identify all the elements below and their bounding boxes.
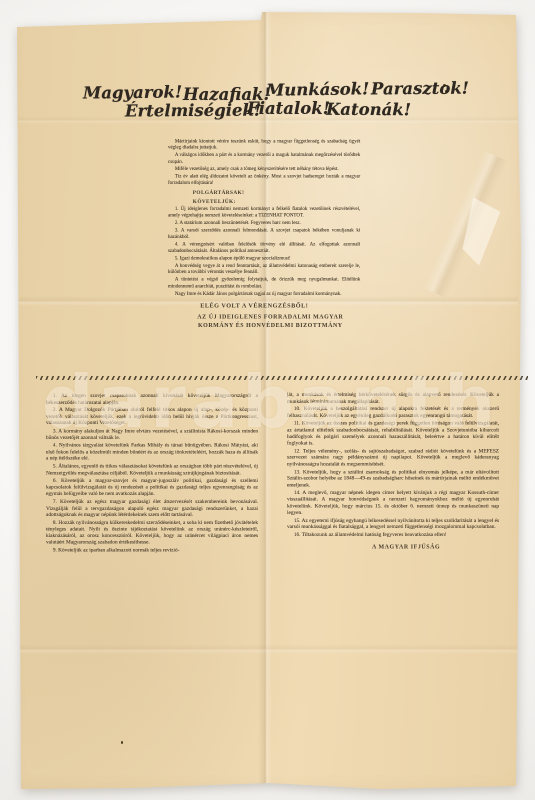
headline-word: Parasztok!	[371, 79, 469, 99]
dashed-divider-rule	[36, 376, 528, 380]
point-item: 8. Hozzák nyilvánosságra külkereskedelmi…	[46, 519, 258, 545]
point-item: 2. A Magyar Dolgozók Pártjában alulról f…	[46, 406, 258, 426]
slogan: ELÉG VOLT A VÉRENGZÉSBŐL!	[200, 302, 360, 309]
paragraph: Miféle vezetőség az, amely csak a tömeg …	[168, 166, 360, 172]
point-item: 4. Nyilvános tárgyalást követelünk Farka…	[46, 442, 258, 462]
headline-word: Fiatalok!	[247, 99, 330, 118]
demand-item: 4. A vérengzésért valóban felelősök törv…	[168, 241, 360, 254]
paragraph: A válságos időkben a párt és a kormány v…	[168, 152, 360, 165]
committee-signature-line: AZ ÚJ IDEIGLENES FORRADALMI MAGYAR	[168, 313, 360, 320]
point-item: 9. Követeljük az iparban alkalmazott nor…	[46, 546, 258, 553]
paragraph: Nagy Imre és Kádár János polgártársak ta…	[168, 290, 360, 296]
point-item: 5. Általános, egyenlő és titkos választá…	[46, 463, 258, 476]
points-left-column: 1. Az idegen szovjet csapatoknak azonnal…	[46, 392, 258, 554]
demand-item: 3. A varsói szerződés azonnali felmondás…	[168, 227, 360, 240]
salutation: POLGÁRTÁRSAK!	[193, 189, 360, 195]
demand-item: 1. Új ideiglenes forradalmi nemzeti korm…	[168, 206, 360, 219]
paragraph: A honvédség vegye át a rend fenntartását…	[168, 263, 360, 276]
headline-word: Magyarok!	[83, 82, 182, 102]
point-item: 1. Az idegen szovjet csapatoknak azonnal…	[46, 392, 258, 405]
point-item: 16. Tiltakozunk az államvédelmi hatóság …	[287, 531, 499, 538]
paragraph: Mártírjaink kiontott vérére teszünk eskü…	[168, 138, 360, 151]
paragraph: Tíz év alatt elég áldozatot követelt az …	[168, 173, 360, 186]
paragraph: A tüntetést a végső győzelemig folytatju…	[168, 277, 360, 290]
demand-item: 2. A statárium azonnali beszüntetését. F…	[168, 220, 360, 226]
upper-proclamation: Mártírjaink kiontott vérére teszünk eskü…	[168, 138, 360, 329]
point-item: 11. Követeljük az összes politikai és ga…	[287, 420, 499, 446]
points-right-column: ját, a munkások és értelmiség bérkövetel…	[287, 391, 499, 557]
point-item: ját, a munkások és értelmiség bérkövetel…	[287, 391, 499, 404]
point-item: 14. A meglevő, magyar népnek idegen címe…	[287, 489, 499, 515]
headline-word: Katonák!	[326, 100, 411, 120]
youth-signature: A MAGYAR IFJÚSÁG	[287, 544, 499, 551]
point-item: 3. A kormány alakuljon át Nagy Imre elvt…	[46, 427, 258, 440]
point-item: 15. Az egyetemi ifjúság egyhangú lelkese…	[287, 517, 499, 530]
flyer-content: Magyarok! Hazafiak! Munkások! Parasztok!…	[0, 0, 535, 800]
point-item: 12. Teljes vélemény-, szólás- és sajtósz…	[287, 447, 499, 467]
committee-signature-line: KORMÁNY ÉS HONVÉDELMI BIZOTTMÁNY	[168, 322, 360, 329]
photo-background: Magyarok! Hazafiak! Munkások! Parasztok!…	[0, 0, 535, 800]
headline-word: Munkások!	[266, 79, 370, 99]
point-item: 7. Követeljük az egész magyar gazdasági …	[46, 498, 258, 518]
point-item: 13. Követeljük, hogy a sztálini zsarnoks…	[287, 468, 499, 488]
point-item: 6. Követeljük a magyar-szovjet és magyar…	[46, 477, 258, 497]
headline-word: Értelmiségiek!	[125, 101, 261, 121]
demand-item: 5. Igazi demokratikus alapon épülő magya…	[168, 255, 360, 261]
point-item: 10. Követeljük a beszolgáltatási rendsze…	[287, 405, 499, 418]
demands-intro: KÖVETELJÜK:	[193, 198, 360, 204]
